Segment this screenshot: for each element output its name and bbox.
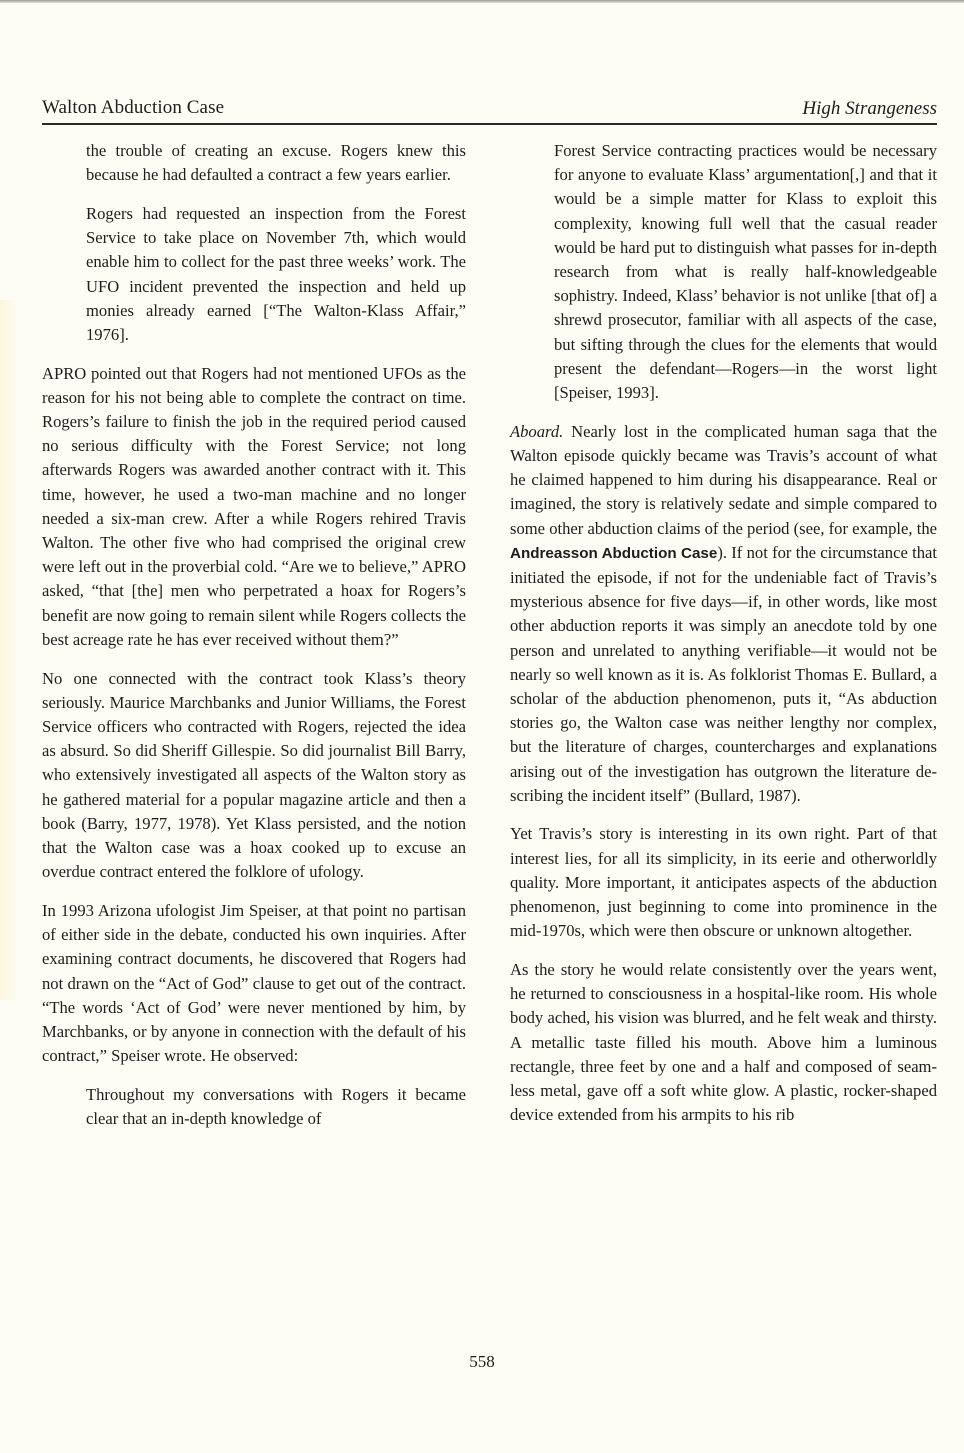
section-run-in-heading: Aboard.	[510, 422, 563, 441]
aboard-text-part-2: ). If not for the circum­stance that ini…	[510, 543, 937, 805]
running-head: Walton Abduction Case High Strangeness	[42, 97, 937, 123]
body-paragraph-apro: APRO pointed out that Rogers had not men…	[42, 362, 466, 652]
scan-edge-shadow	[0, 0, 964, 3]
block-quote-speiser-start: Throughout my conversations with Rogers …	[86, 1083, 466, 1131]
block-quote-paragraph: Rogers had requested an inspection from …	[86, 202, 466, 347]
page-number: 558	[0, 1352, 964, 1372]
left-column: the trouble of creating an excuse. Roger…	[42, 139, 466, 1131]
aboard-text-part-1: Nearly lost in the complicated human sag…	[510, 422, 937, 538]
body-paragraph-1993: In 1993 Arizona ufologist Jim Speiser, a…	[42, 899, 466, 1068]
header-rule	[42, 123, 937, 125]
block-quote-speiser-end: Forest Service contracting practices wou…	[554, 139, 937, 405]
block-quote-continuation: the trouble of creating an excuse. Roger…	[86, 139, 466, 187]
body-paragraph-yet-travis: Yet Travis’s story is interesting in its…	[510, 822, 937, 943]
running-head-book-title: High Strangeness	[802, 98, 937, 120]
body-paragraph-aboard: Aboard. Nearly lost in the complicated h…	[510, 420, 937, 808]
cross-reference-link[interactable]: Andreasson Abduction Case	[510, 545, 717, 562]
right-column: Forest Service contracting practices wou…	[510, 139, 937, 1127]
running-head-chapter-title: Walton Abduction Case	[42, 97, 224, 119]
body-paragraph-no-one: No one connected with the contract took …	[42, 667, 466, 885]
scan-margin-tint	[0, 300, 18, 1000]
body-paragraph-as-the-story: As the story he would relate consistentl…	[510, 958, 937, 1127]
